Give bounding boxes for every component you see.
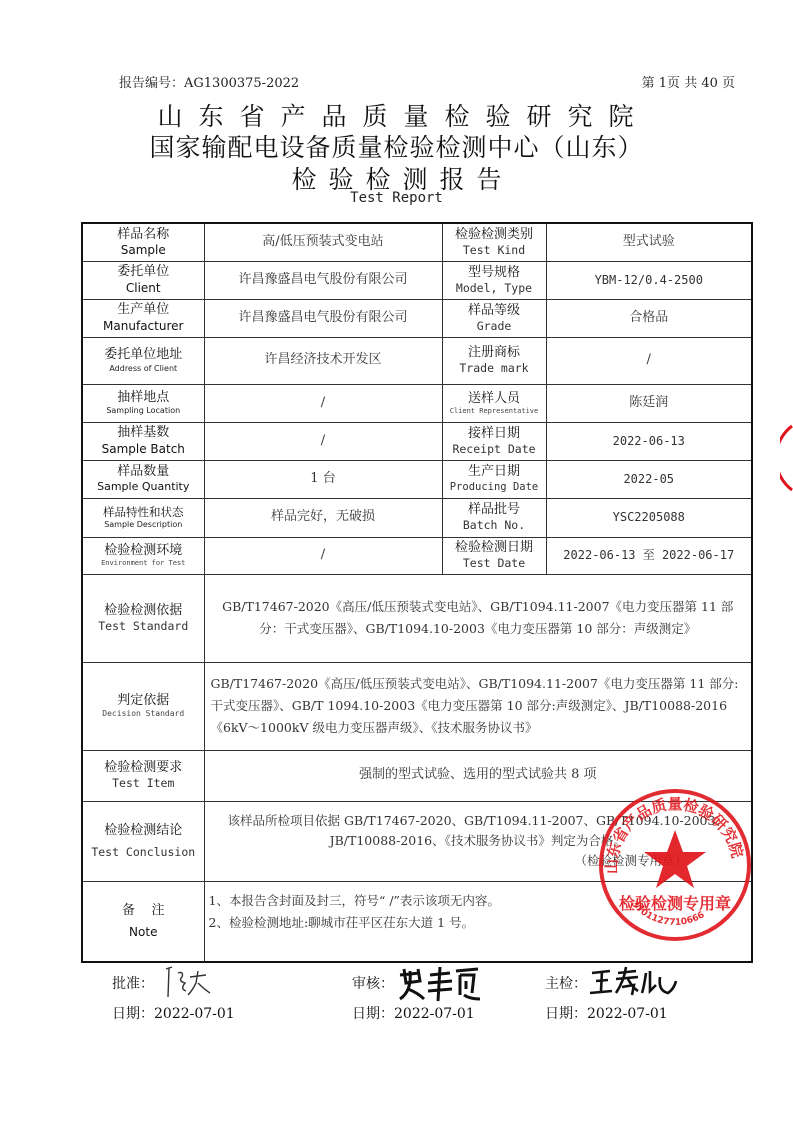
client-rep-value: 陈廷润 — [546, 384, 752, 422]
table-row: 样品特性和状态Sample Description 样品完好，无破损 样品批号B… — [82, 498, 752, 537]
page-info: 第 1页 共 40 页 — [642, 72, 735, 91]
client-address-label: 委托单位地址Address of Client — [82, 337, 204, 384]
sampling-location-value: / — [204, 384, 442, 422]
approver-signature — [158, 963, 218, 999]
official-seal-stamp: 山东省产品质量检验研究院 检验检测专用章 3701127710666 — [596, 786, 754, 944]
center-title: 国家输配电设备质量检验检测中心（山东） — [0, 128, 793, 164]
sample-batch-value: / — [204, 422, 442, 460]
table-row: 检验检测依据Test Standard GB/T17467-2020《高压/低压… — [82, 574, 752, 662]
client-rep-label: 送样人员Client Representative — [442, 384, 546, 422]
review-date: 日期：2022-07-01 — [352, 1003, 475, 1023]
test-item-label: 检验检测要求Test Item — [82, 750, 204, 801]
sample-quantity-value: 1 台 — [204, 460, 442, 498]
client-label: 委托单位Client — [82, 261, 204, 299]
sample-quantity-label: 样品数量Sample Quantity — [82, 460, 204, 498]
sample-description-value: 样品完好，无破损 — [204, 498, 442, 537]
client-address-value: 许昌经济技术开发区 — [204, 337, 442, 384]
sample-value: 高/低压预装式变电站 — [204, 223, 442, 261]
inspector-signature — [588, 963, 678, 999]
producing-date-value: 2022-05 — [546, 460, 752, 498]
test-kind-value: 型式试验 — [546, 223, 752, 261]
batch-no-value: YSC2205088 — [546, 498, 752, 537]
producing-date-label: 生产日期Producing Date — [442, 460, 546, 498]
table-row: 判定依据Decision Standard GB/T17467-2020《高压/… — [82, 662, 752, 750]
test-kind-label: 检验检测类别Test Kind — [442, 223, 546, 261]
receipt-date-label: 接样日期Receipt Date — [442, 422, 546, 460]
grade-value: 合格品 — [546, 299, 752, 337]
table-row: 抽样基数Sample Batch / 接样日期Receipt Date 2022… — [82, 422, 752, 460]
sample-label: 样品名称Sample — [82, 223, 204, 261]
table-row: 检验检测环境Environment for Test / 检验检测日期Test … — [82, 537, 752, 574]
review-label: 审核： — [352, 973, 394, 993]
test-standard-value: GB/T17467-2020《高压/低压预装式变电站》、GB/T1094.11-… — [204, 574, 752, 662]
decision-standard-label: 判定依据Decision Standard — [82, 662, 204, 750]
star-icon — [644, 830, 706, 888]
test-standard-label: 检验检测依据Test Standard — [82, 574, 204, 662]
environment-value: / — [204, 537, 442, 574]
report-number: 报告编号：AG1300375-2022 — [119, 72, 299, 91]
decision-standard-value: GB/T17467-2020《高压/低压预装式变电站》、GB/T1094.11-… — [204, 662, 752, 750]
table-row: 生产单位Manufacturer 许昌豫盛昌电气股份有限公司 样品等级Grade… — [82, 299, 752, 337]
model-value: YBM-12/0.4-2500 — [546, 261, 752, 299]
table-row: 委托单位Client 许昌豫盛昌电气股份有限公司 型号规格Model, Type… — [82, 261, 752, 299]
inspector-date: 日期：2022-07-01 — [545, 1003, 668, 1023]
batch-no-label: 样品批号Batch No. — [442, 498, 546, 537]
approve-label: 批准： — [112, 973, 154, 993]
reviewer-signature — [394, 963, 484, 1003]
manufacturer-label: 生产单位Manufacturer — [82, 299, 204, 337]
report-title-en: Test Report — [0, 190, 793, 206]
model-label: 型号规格Model, Type — [442, 261, 546, 299]
table-row: 样品数量Sample Quantity 1 台 生产日期Producing Da… — [82, 460, 752, 498]
conclusion-label: 检验检测结论Test Conclusion — [82, 801, 204, 881]
sampling-location-label: 抽样地点Sampling Location — [82, 384, 204, 422]
test-date-label: 检验检测日期Test Date — [442, 537, 546, 574]
sample-batch-label: 抽样基数Sample Batch — [82, 422, 204, 460]
grade-label: 样品等级Grade — [442, 299, 546, 337]
client-value: 许昌豫盛昌电气股份有限公司 — [204, 261, 442, 299]
note-label: 备 注Note — [82, 881, 204, 962]
receipt-date-value: 2022-06-13 — [546, 422, 752, 460]
manufacturer-value: 许昌豫盛昌电气股份有限公司 — [204, 299, 442, 337]
table-row: 样品名称Sample 高/低压预装式变电站 检验检测类别Test Kind 型式… — [82, 223, 752, 261]
table-row: 委托单位地址Address of Client 许昌经济技术开发区 注册商标Tr… — [82, 337, 752, 384]
approve-date: 日期：2022-07-01 — [112, 1003, 235, 1023]
sample-description-label: 样品特性和状态Sample Description — [82, 498, 204, 537]
inspector-label: 主检： — [545, 973, 587, 993]
environment-label: 检验检测环境Environment for Test — [82, 537, 204, 574]
edge-seal-fragment — [780, 418, 793, 498]
trade-mark-value: / — [546, 337, 752, 384]
trade-mark-label: 注册商标Trade mark — [442, 337, 546, 384]
table-row: 抽样地点Sampling Location / 送样人员Client Repre… — [82, 384, 752, 422]
test-date-value: 2022-06-13 至 2022-06-17 — [546, 537, 752, 574]
